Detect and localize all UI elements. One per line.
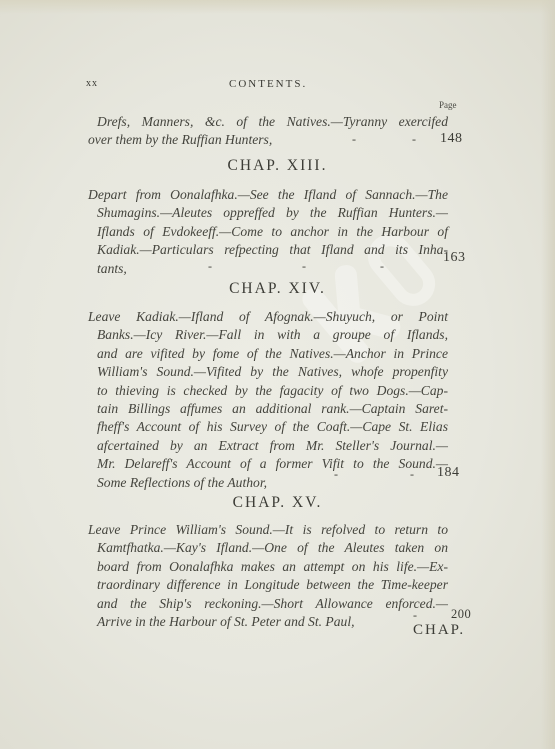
page-number: 184 <box>437 465 460 481</box>
entry-line: and are vifited by fome of the Natives.—… <box>97 345 448 363</box>
entry-line: traordinary difference in Longitude betw… <box>97 576 448 594</box>
entry-line: Kamtfhatka.—Kay's Ifland.—One of the Ale… <box>97 539 448 557</box>
entry-line: over them by the Ruffian Hunters, <box>88 131 448 149</box>
entry-line: Iflands of Evdokeeff.—Come to anchor in … <box>97 223 448 241</box>
leader-dash: - <box>413 608 417 623</box>
entry-line: to thieving is checked by the fagacity o… <box>97 382 448 400</box>
entry-line: Arrive in the Harbour of St. Peter and S… <box>97 613 448 631</box>
page-number: 163 <box>443 250 466 266</box>
page-number: 148 <box>440 131 463 147</box>
entry-line: Kadiak.—Particulars refpecting that Ifla… <box>97 241 448 259</box>
entry-line: Banks.—Icy River.—Fall in with a groupe … <box>97 326 448 344</box>
entry-line: tain Billings affumes an additional rank… <box>97 400 448 418</box>
entry-line: William's Sound.—Vifited by the Natives,… <box>97 363 448 381</box>
entry-line: and the Ship's reckoning.—Short Allowanc… <box>97 595 448 613</box>
leader-dash: - <box>208 259 212 274</box>
entry-line: Depart from Oonalafhka.—See the Ifland o… <box>88 186 448 204</box>
entry-line: board from Oonalafhka makes an attempt o… <box>97 558 448 576</box>
running-title: CONTENTS. <box>229 78 307 90</box>
entry-line: fheff's Account of his Survey of the Coa… <box>97 418 448 436</box>
leader-dash: - <box>412 132 416 147</box>
leader-dash: - <box>334 467 338 482</box>
page-edge-shadow-right <box>541 0 555 749</box>
entry-line: Mr. Delareff's Account of a former Vifit… <box>97 455 448 473</box>
toc-entry-chap-xv: Leave Prince William's Sound.—It is refo… <box>88 521 448 631</box>
entry-line: Leave Kadiak.—Ifland of Afognak.—Shuyuch… <box>88 308 448 326</box>
folio: xx <box>86 78 98 89</box>
toc-entry-chap-xiv: Leave Kadiak.—Ifland of Afognak.—Shuyuch… <box>88 308 448 492</box>
chapter-heading-xiii: CHAP. XIII. <box>0 157 555 175</box>
leader-dash: - <box>352 132 356 147</box>
entry-line: Drefs, Manners, &c. of the Natives.—Tyra… <box>97 113 448 131</box>
leader-dash: - <box>380 259 384 274</box>
leader-dash: - <box>302 259 306 274</box>
toc-entry-chap-xiii: Depart from Oonalafhka.—See the Ifland o… <box>88 186 448 278</box>
entry-line: afcertained by an Extract from Mr. Stell… <box>97 437 448 455</box>
leader-dash: - <box>410 467 414 482</box>
catchword: CHAP. <box>413 622 465 639</box>
running-head: xx CONTENTS. <box>0 78 555 94</box>
chapter-heading-xiv: CHAP. XIV. <box>0 280 555 298</box>
entry-line: Some Reflections of the Author, <box>97 474 448 492</box>
entry-line: Leave Prince William's Sound.—It is refo… <box>88 521 448 539</box>
page-column-label: Page <box>439 100 457 110</box>
book-page: xx CONTENTS. Page Drefs, Manners, &c. of… <box>0 0 555 749</box>
entry-line: Shumagins.—Aleutes oppreffed by the Ruff… <box>97 204 448 222</box>
entry-line: tants, <box>97 260 448 278</box>
toc-entry-continuation: Drefs, Manners, &c. of the Natives.—Tyra… <box>88 113 448 150</box>
page-number: 200 <box>451 607 471 622</box>
chapter-heading-xv: CHAP. XV. <box>0 494 555 512</box>
page-edge-shadow-top <box>0 0 555 14</box>
